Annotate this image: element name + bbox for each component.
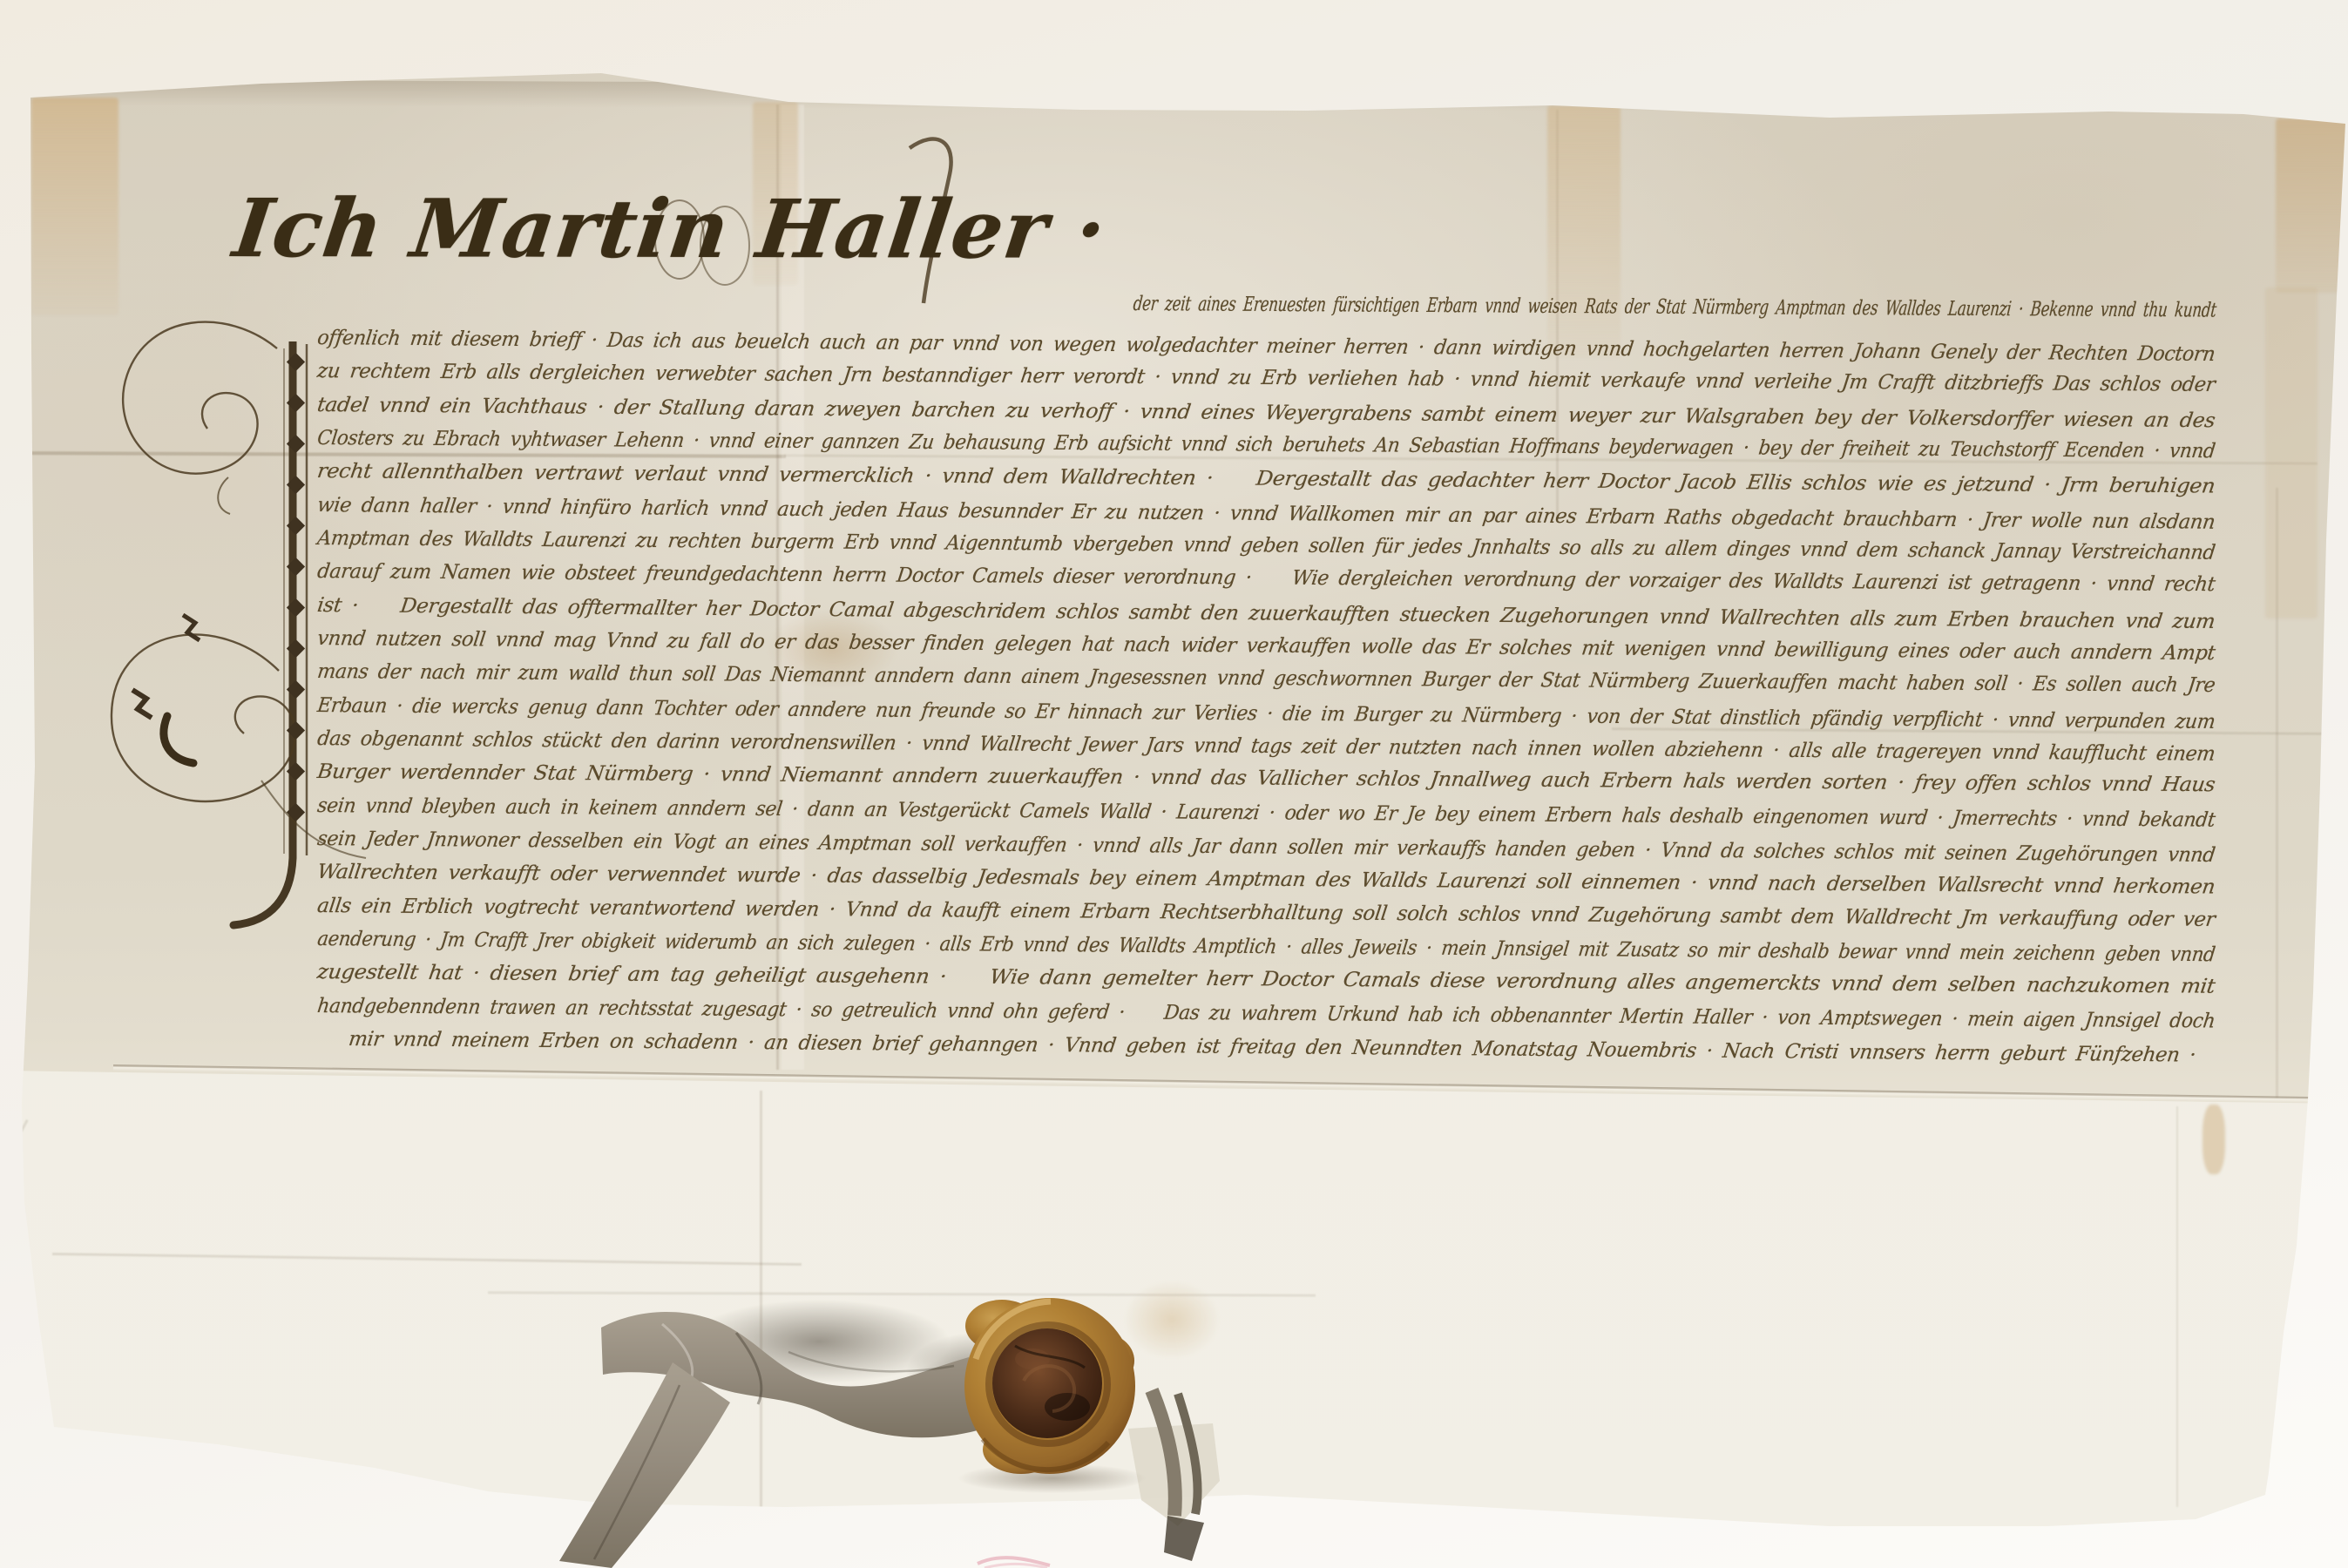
seal-assembly: [0, 0, 2348, 1568]
wax-seal: [964, 1298, 1135, 1474]
pink-mark: [985, 1564, 1047, 1568]
seal-wax-center: [992, 1328, 1102, 1438]
photo: { "description": "Photograph of a 16th-c…: [0, 0, 2348, 1568]
ribbon-tail-tip: [1164, 1516, 1204, 1561]
seal-ribbon-tail: [559, 1362, 730, 1568]
